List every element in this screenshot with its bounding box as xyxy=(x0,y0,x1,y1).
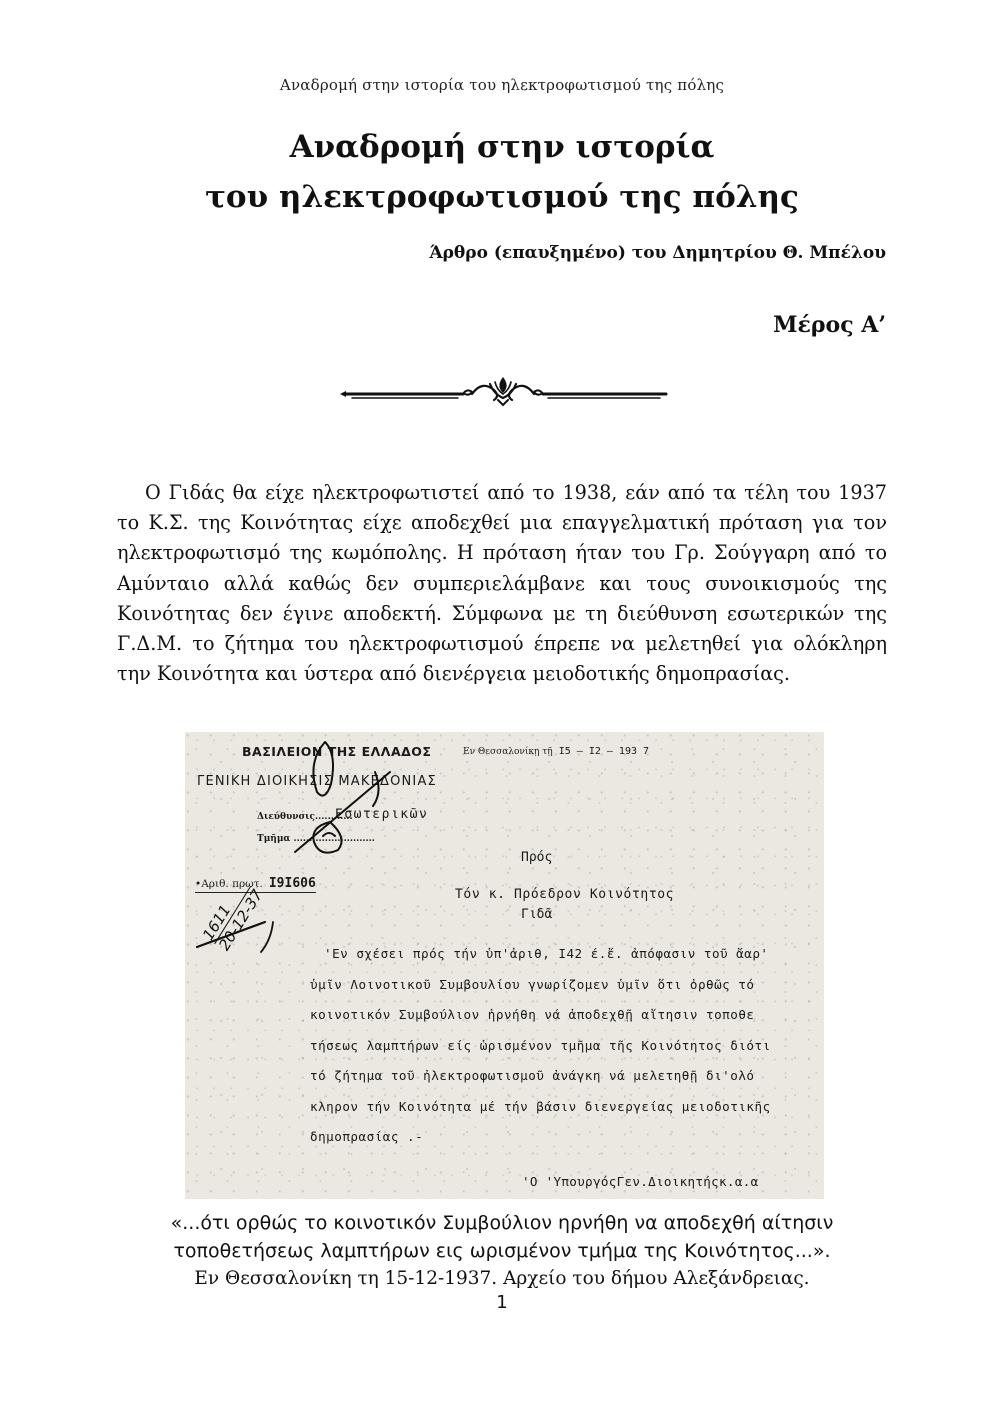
scan-date-value: I5 — I2 — 193 7 xyxy=(559,746,649,757)
scan-header-administration: ΓΕΝΙΚΗ ΔΙΟΙΚΗΣΙΣ ΜΑΚΕΔΟΝΙΑΣ xyxy=(197,774,437,789)
scan-recipient-line-2: Γιδᾶ xyxy=(521,907,552,922)
scan-letter-line: τό ζήτημα τοῦ ἠλεκτροφωτισμοῦ ἀνάγκη νά … xyxy=(310,1061,815,1092)
running-header: Αναδρομή στην ιστορία του ηλεκτροφωτισμο… xyxy=(0,76,1004,94)
page-number: 1 xyxy=(0,1292,1004,1313)
scan-directorate-value: Εσωτερικῶν xyxy=(335,807,428,822)
scan-letter-line: ὑμῖν Λοινοτικοῦ Συμβουλίου γνωρίζομεν ὑμ… xyxy=(310,970,815,1001)
scan-to-label: Πρός xyxy=(521,850,552,865)
scan-header-kingdom: ΒΑΣΙΛΕΙΟΝ ΤΗΣ ΕΛΛΑΔΟΣ xyxy=(242,744,431,759)
author-byline: Άρθρο (επαυξημένο) του Δημητρίου Θ. Μπέλ… xyxy=(429,243,886,263)
scan-date-line: Εν Θεσσαλονίκῃ τῇ I5 — I2 — 193 7 xyxy=(463,746,649,757)
scan-department-label: Τμῆμα .......................... xyxy=(257,834,375,844)
scan-letter-line: δημοπρασίας .- xyxy=(310,1122,815,1153)
scan-letter-line: κοινοτικόν Συμβούλιον ἠρνήθη νά ἀποδεχθῇ… xyxy=(310,1000,815,1031)
scan-recipient-line-1: Τόν κ. Πρόεδρον Κοινότητος xyxy=(455,887,674,902)
page-title: Αναδρομή στην ιστορία του ηλεκτροφωτισμο… xyxy=(0,122,1004,222)
title-line-2: του ηλεκτροφωτισμού της πόλης xyxy=(0,172,1004,222)
scan-letter-line: 'Εν σχέσει πρός τήν ὑπ'ἀριθ, I42 έ.ἔ. ἀπ… xyxy=(310,939,815,970)
part-label: Μέρος Α’ xyxy=(773,312,886,338)
caption-source: Εν Θεσσαλονίκη τη 15-12-1937. Αρχείο του… xyxy=(0,1265,1004,1293)
scan-letter-body: 'Εν σχέσει πρός τήν ὑπ'ἀριθ, I42 έ.ἔ. ἀπ… xyxy=(310,939,815,1153)
scan-letter-line: τήσεως λαμπτήρων είς ὡρισμένον τμῆμα τῆς… xyxy=(310,1031,815,1062)
article-body: Ο Γιδάς θα είχε ηλεκτροφωτιστεί από το 1… xyxy=(117,478,887,689)
scan-protocol-number: I9I606 xyxy=(269,876,316,891)
scan-letter-line: κληρον τήν Κοινότητα μέ τήν βάσιν διενερ… xyxy=(310,1092,815,1123)
caption-quote-line-1: «...ότι ορθώς το κοινοτικόν Συμβούλιον η… xyxy=(0,1209,1004,1237)
scanned-document-image: ΒΑΣΙΛΕΙΟΝ ΤΗΣ ΕΛΛΑΔΟΣ ΓΕΝΙΚΗ ΔΙΟΙΚΗΣΙΣ Μ… xyxy=(185,732,824,1199)
flourish-divider-icon xyxy=(338,372,668,408)
article-paragraph: Ο Γιδάς θα είχε ηλεκτροφωτιστεί από το 1… xyxy=(117,478,887,689)
title-line-1: Αναδρομή στην ιστορία xyxy=(0,122,1004,172)
caption-quote-line-2: τοποθετήσεως λαμπτήρων εις ωρισμένον τμή… xyxy=(0,1237,1004,1265)
scan-signature: 'Ο 'ΥπουργόςΓεν.Διοικητήςκ.α.α xyxy=(522,1174,758,1189)
figure-caption: «...ότι ορθώς το κοινοτικόν Συμβούλιον η… xyxy=(0,1209,1004,1293)
